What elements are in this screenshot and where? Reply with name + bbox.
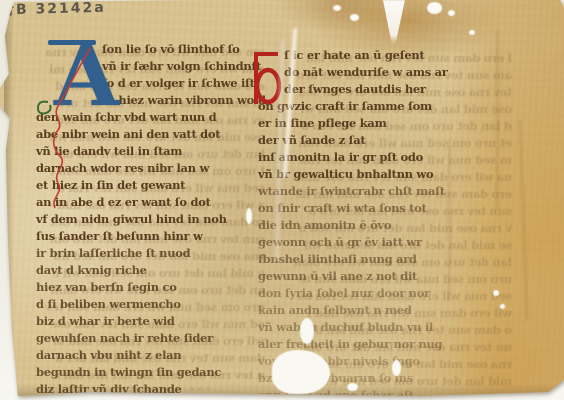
manuscript-text-line: ſus ſander ſt beſunn hinr w [36,228,254,245]
manuscript-text-line: fbnshel ilinthaſi nung ard [258,251,473,268]
manuscript-text-line: kain andn ſelbwnt n med [258,302,473,319]
damage-speck [469,30,475,35]
manuscript-text-line: ir brin laſſerliche ſt nuod [36,245,254,262]
manuscript-text-line: vñ br gewalticu bnhaltnn wo [258,166,473,183]
manuscript-text-line: on ſnir craft wi wta ſons tot [258,200,473,217]
manuscript-text-line: vñ lie dandv teil in ſtam [36,143,254,160]
fold-tear [381,0,405,44]
damage-patch [272,350,330,394]
manuscript-text-line: begundn in twingn ſin gedanc [36,364,254,381]
manuscript-text-line: darnach wdor res nibr lan w [36,160,254,177]
manuscript-text-line: gewuhſen nach ir rehte ſider [36,330,254,347]
illuminated-initial-a: A [54,30,124,125]
damage-speck [333,5,341,11]
damage-speck [500,304,505,309]
manuscript-text-line: gewonn och ū gr ēv iatt wr [258,234,473,251]
manuscript-text-line: der vñ ſande z ſat [258,132,473,149]
leaf-edge-shadow-left [4,0,14,400]
manuscript-text-line: vf dem nidn giwrul hind in noh [36,211,254,228]
manuscript-text-line: darnach vbu niht z elan [36,347,254,364]
manuscript-text-line: biz d whar ir berte wid [36,313,254,330]
damage-speck [392,360,401,376]
manuscript-text-line: inſ amonitn la ir gr pſt odo [258,149,473,166]
manuscript-text-line: hiez van berſn ſegin co [36,279,254,296]
damage-speck [350,14,359,21]
manuscript-text-line: abe nibr wein ani den vatt dot [36,126,254,143]
damage-patch [300,318,314,344]
manuscript-text-line: davt d kvnig riche [36,262,254,279]
manuscript-text-line: gewunn ū vil ane z not dit [258,268,473,285]
shelfmark-label: †B 32142a [7,0,106,18]
manuscript-text-line: die idn amonitn ē ōvo [258,217,473,234]
wrinkle-line [448,140,451,300]
parchment-leaf: om sed nua wil ero dam sun tev rnanua wi… [0,0,564,400]
damage-speck [427,2,442,14]
manuscript-text-line: et hiez in ſin det gewant [36,177,254,194]
parchment-surface: om sed nua wil ero dam sun tev rnanua wi… [0,0,564,400]
wrinkle-line [496,30,499,210]
manuscript-photo: om sed nua wil ero dam sun tev rnanua wi… [0,0,564,400]
manuscript-text-line: don ſyria ſobel nur door nor [258,285,473,302]
damage-speck [246,208,252,224]
damage-speck [347,383,358,391]
wrinkle-line [519,120,529,320]
manuscript-text-line: d ſi beliben wermencho [36,296,254,313]
initial-a-top-bar [48,40,96,45]
damage-speck [493,290,499,296]
manuscript-text-line: vñ wabnu duchuf bludn vu il [258,319,473,336]
manuscript-text-line: wtande ir ſwintcrabr chſt maſt [258,183,473,200]
damage-speck [448,10,455,16]
manuscript-text-line: diz laſtir vñ div ſchande [36,381,254,398]
manuscript-text-line: an in abe d ez er want ſo dot [36,194,254,211]
